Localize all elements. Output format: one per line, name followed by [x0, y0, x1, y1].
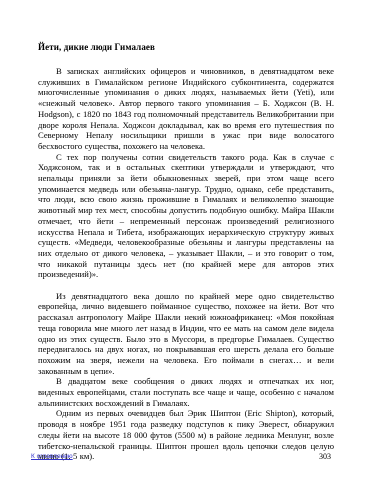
page-number: 303 [319, 452, 331, 461]
paragraph-5: Одним из первых очевидцев был Эрик Шипто… [38, 408, 334, 462]
document-page: Йети, дикие люди Гималаев В записках анг… [0, 0, 370, 480]
page-title: Йети, дикие люди Гималаев [38, 42, 334, 53]
paragraph-2: С тех пор получены сотни свидетельств та… [38, 152, 334, 280]
page-content: Йети, дикие люди Гималаев В записках анг… [38, 42, 334, 462]
paragraph-3: Из девятнадцатого века дошло по крайней … [38, 291, 334, 377]
paragraph-4: В двадцатом веке сообщения о диких людях… [38, 376, 334, 408]
paragraph-1: В записках английских офицеров и чиновни… [38, 66, 334, 152]
toc-link[interactable]: К оглавлению [31, 453, 73, 460]
